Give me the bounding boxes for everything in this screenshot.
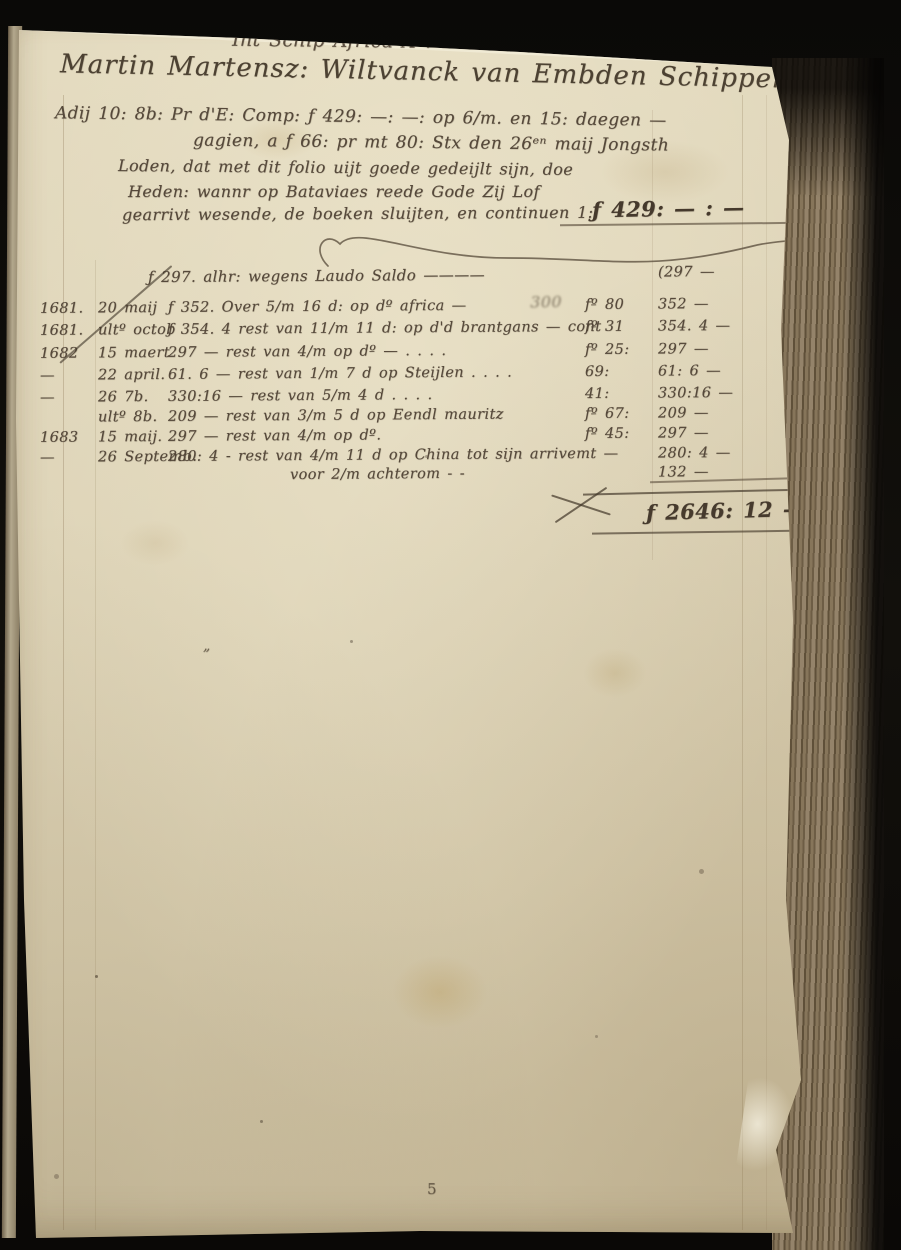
entry-date: 22 april. [98, 367, 166, 383]
ledger-row: voor 2/m achterom - - 132 — [40, 463, 850, 491]
column-rule-line [63, 95, 64, 1230]
total-rule-top [583, 488, 813, 495]
entry-text: ƒ 354. 4 rest van 11/m 11 d: op d'd bran… [168, 319, 602, 338]
entry-year: — [40, 450, 55, 466]
check-cross-mark [555, 487, 608, 523]
entry-amount: 297 — [658, 341, 709, 357]
entry-folio: fº 31 [585, 319, 624, 335]
grand-total: ƒ 2646: 12 — [646, 496, 805, 525]
paper-stain [120, 520, 190, 566]
entry-text: ƒ 297. alhr: wegens Laudo Saldo ———— [148, 266, 485, 286]
entry-amount: 297 — [658, 425, 709, 441]
total-rule-bottom [592, 529, 818, 534]
entry-amount: (297 — [658, 264, 715, 280]
page-title: Int Schip Africa Aº: 168 [232, 29, 478, 54]
entry-year: — [40, 390, 55, 406]
page-number: 5 [427, 1180, 437, 1198]
entry-date: 15 maert [98, 345, 170, 362]
entry-year: 1681. [40, 301, 84, 317]
entry-folio: 41: [585, 386, 610, 402]
entry-amount: 61: 6 — [658, 363, 721, 379]
entry-year: 1681. [40, 323, 84, 339]
entry-amount: 354. 4 — [658, 318, 731, 335]
entry-year: — [40, 368, 55, 384]
entry-date: ultº 8b. [98, 409, 158, 425]
ledger-row: ƒ 297. alhr: wegens Laudo Saldo ———— (29… [40, 263, 850, 291]
entry-text: 297 — rest van 4/m op dº — . . . . [168, 343, 446, 361]
account-heading: Martin Martensz: Wiltvanck van Embden Sc… [60, 49, 893, 96]
entry-amount: 209 — [658, 405, 709, 421]
entry-year: 1682 [40, 346, 79, 362]
entry-text: ƒ 352. Over 5/m 16 d: op dº africa — [168, 298, 467, 316]
verso-show-through: 300 [530, 292, 562, 312]
entry-amount: 280: 4 — [658, 445, 731, 462]
opening-line-1: Adij 10: 8b: Pr d'E: Comp: ƒ 429: —: —: … [55, 103, 667, 130]
opening-line-3: Loden, dat met dit folio uijt goede gede… [118, 156, 573, 179]
entry-folio: fº 45: [585, 426, 630, 442]
insert-mark: „ [203, 638, 211, 654]
entry-folio: fº 25: [585, 342, 630, 358]
entry-amount: 132 — [658, 464, 709, 480]
entry-text: 61. 6 — rest van 1/m 7 d op Steijlen . .… [168, 365, 512, 383]
entry-date: 26 7b. [98, 389, 149, 405]
manuscript-paper-leaf: Int Schip Africa Aº: 168 Martin Martensz… [0, 0, 901, 1250]
entry-year: 1683 [40, 430, 79, 446]
paper-stain [583, 648, 647, 698]
entry-folio: fº 80 [585, 297, 624, 313]
entry-text: 330:16 — rest van 5/m 4 d . . . . [168, 387, 433, 405]
paper-stain [392, 955, 488, 1029]
entry-folio: 69: [585, 364, 610, 380]
entry-text: 209 — rest van 3/m 5 d op Eendl mauritz [168, 407, 504, 425]
entry-text: voor 2/m achterom - - [290, 466, 465, 483]
scanned-ledger-page: Int Schip Africa Aº: 168 Martin Martensz… [0, 0, 901, 1250]
opening-line-4: Heden: wannr op Bataviaes reede Gode Zij… [128, 182, 540, 201]
entry-date: 15 maij. [98, 429, 163, 445]
entry-text: 297 — rest van 4/m op dº. [168, 427, 381, 444]
entry-date: ultº octob [98, 322, 176, 339]
entry-amount: 352 — [658, 296, 709, 312]
entry-amount: 330:16 — [658, 385, 733, 402]
ink-specks [95, 975, 98, 978]
entry-folio: fº 67: [585, 406, 630, 422]
entry-text: 280: 4 - rest van 4/m 11 d op China tot … [168, 446, 619, 465]
